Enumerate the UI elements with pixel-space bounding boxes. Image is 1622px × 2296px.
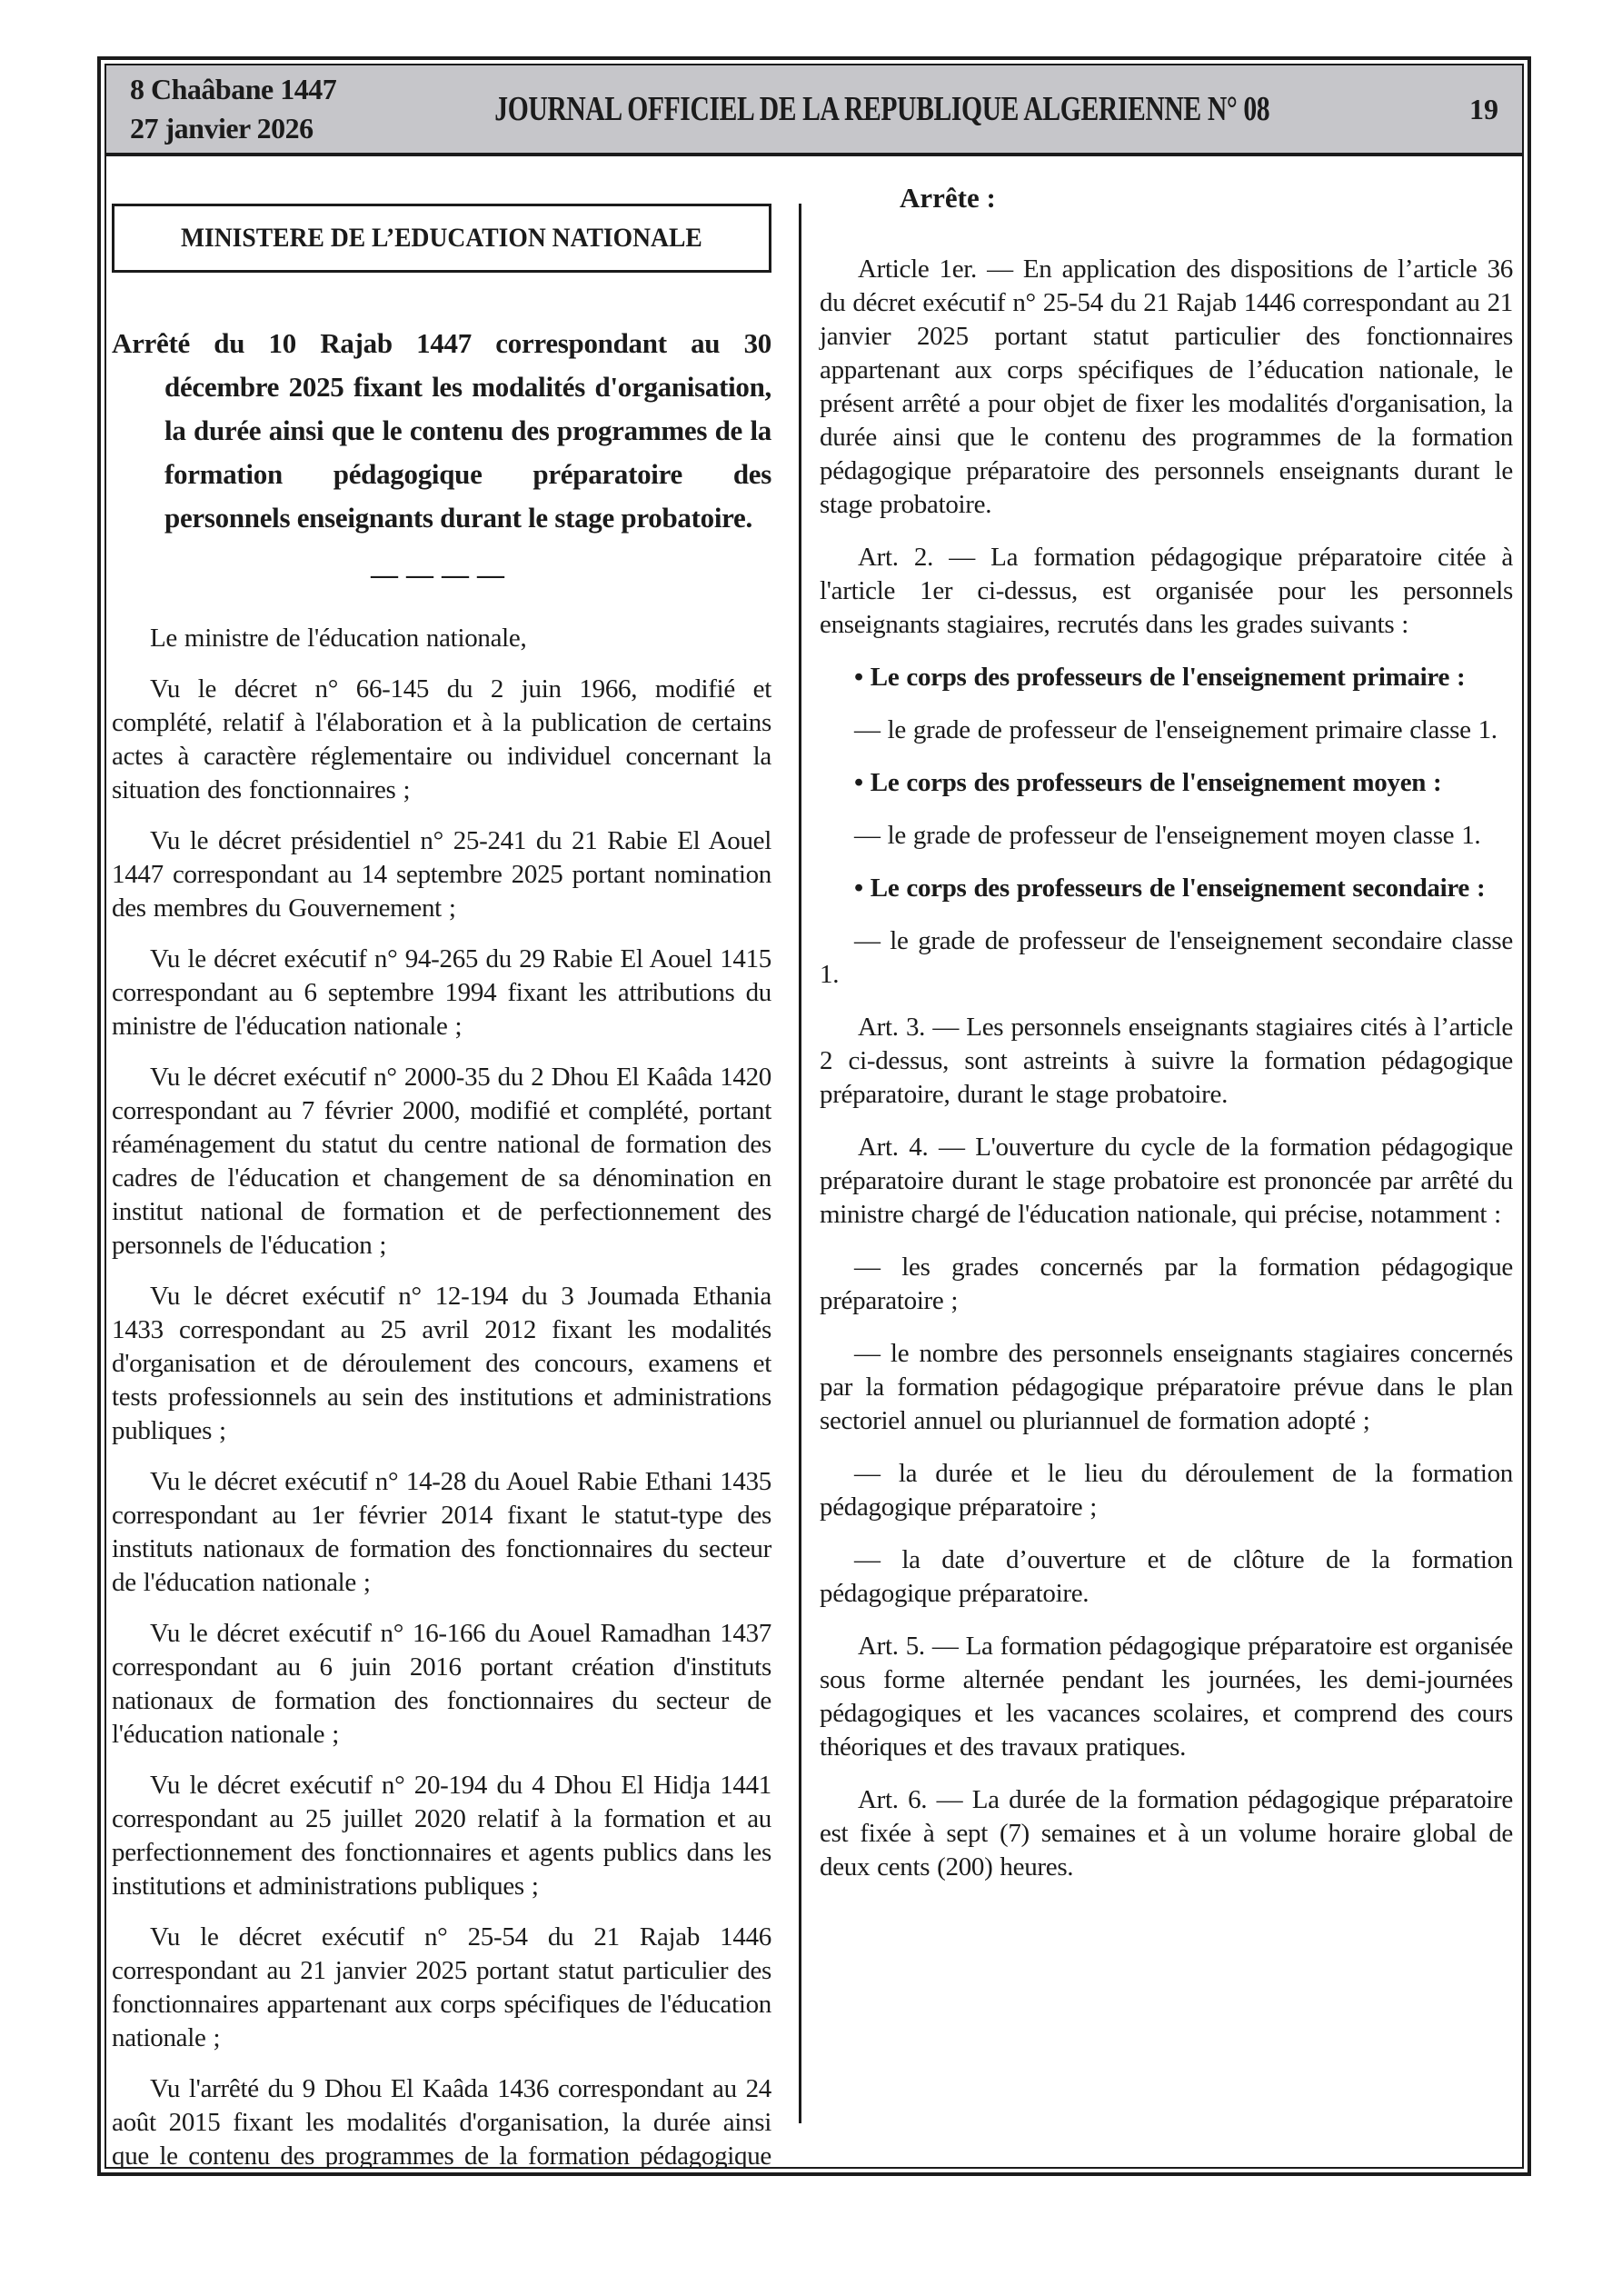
page-canvas: 8 Chaâbane 1447 27 janvier 2026 JOURNAL … — [0, 0, 1622, 2296]
paragraph: Vu l'arrêté du 9 Dhou El Kaâda 1436 corr… — [112, 2072, 771, 2167]
right-paragraphs: Article 1er. — En application des dispos… — [820, 253, 1513, 1884]
masthead-dates: 8 Chaâbane 1447 27 janvier 2026 — [130, 70, 366, 148]
paragraph: Article 1er. — En application des dispos… — [820, 253, 1513, 522]
journal-title-text: JOURNAL OFFICIEL DE LA REPUBLIQUE ALGERI… — [495, 89, 1270, 129]
paragraph: Art. 4. — L'ouverture du cycle de la for… — [820, 1131, 1513, 1232]
paragraph: Vu le décret exécutif n° 25-54 du 21 Raj… — [112, 1921, 771, 2055]
paragraph: Vu le décret exécutif n° 94-265 du 29 Ra… — [112, 943, 771, 1043]
paragraph: Art. 3. — Les personnels enseignants sta… — [820, 1011, 1513, 1112]
ministry-heading: MINISTERE DE L’EDUCATION NATIONALE — [181, 223, 702, 254]
paragraph: Le ministre de l'éducation nationale, — [112, 622, 771, 655]
body-area: MINISTERE DE L’EDUCATION NATIONALE Arrêt… — [106, 156, 1522, 2167]
paragraph: — la durée et le lieu du déroulement de … — [820, 1457, 1513, 1524]
paragraph: Vu le décret exécutif n° 12-194 du 3 Jou… — [112, 1280, 771, 1448]
separator-dashes: ———— — [112, 560, 771, 591]
paragraph: Vu le décret exécutif n° 16-166 du Aouel… — [112, 1617, 771, 1752]
paragraph: — les grades concernés par la formation … — [820, 1251, 1513, 1318]
ministry-heading-box: MINISTERE DE L’EDUCATION NATIONALE — [112, 204, 771, 273]
paragraph: Art. 6. — La durée de la formation pédag… — [820, 1783, 1513, 1884]
paragraph: Art. 5. — La formation pédagogique prépa… — [820, 1630, 1513, 1764]
journal-page: 8 Chaâbane 1447 27 janvier 2026 JOURNAL … — [97, 56, 1531, 2176]
paragraph: Vu le décret exécutif n° 2000-35 du 2 Dh… — [112, 1061, 771, 1263]
journal-page-inner: 8 Chaâbane 1447 27 janvier 2026 JOURNAL … — [104, 64, 1524, 2169]
paragraph: — le grade de professeur de l'enseigneme… — [820, 924, 1513, 992]
page-number: 19 — [1398, 93, 1498, 126]
paragraph: • Le corps des professeurs de l'enseigne… — [820, 766, 1513, 800]
right-column: Arrête : Article 1er. — En application d… — [820, 156, 1522, 2167]
arrete-label: Arrête : — [900, 182, 1513, 215]
paragraph: — la date d’ouverture et de clôture de l… — [820, 1543, 1513, 1611]
paragraph: — le grade de professeur de l'enseigneme… — [820, 714, 1513, 747]
paragraph: • Le corps des professeurs de l'enseigne… — [820, 661, 1513, 694]
decree-title: Arrêté du 10 Rajab 1447 correspondant au… — [112, 322, 771, 540]
paragraph: • Le corps des professeurs de l'enseigne… — [820, 872, 1513, 905]
paragraph: Vu le décret présidentiel n° 25-241 du 2… — [112, 824, 771, 925]
date-gregorian: 27 janvier 2026 — [130, 109, 366, 148]
paragraph: — le nombre des personnels enseignants s… — [820, 1337, 1513, 1438]
journal-title: JOURNAL OFFICIEL DE LA REPUBLIQUE ALGERI… — [366, 89, 1398, 129]
paragraph: Vu le décret exécutif n° 14-28 du Aouel … — [112, 1465, 771, 1600]
left-paragraphs: Le ministre de l'éducation nationale,Vu … — [112, 622, 771, 2167]
paragraph: — le grade de professeur de l'enseigneme… — [820, 819, 1513, 853]
column-divider — [799, 204, 801, 2123]
masthead: 8 Chaâbane 1447 27 janvier 2026 JOURNAL … — [106, 65, 1522, 156]
paragraph: Art. 2. — La formation pédagogique prépa… — [820, 541, 1513, 642]
left-column: MINISTERE DE L’EDUCATION NATIONALE Arrêt… — [106, 156, 771, 2167]
paragraph: Vu le décret exécutif n° 20-194 du 4 Dho… — [112, 1769, 771, 1903]
date-hijri: 8 Chaâbane 1447 — [130, 70, 366, 109]
paragraph: Vu le décret n° 66-145 du 2 juin 1966, m… — [112, 673, 771, 807]
